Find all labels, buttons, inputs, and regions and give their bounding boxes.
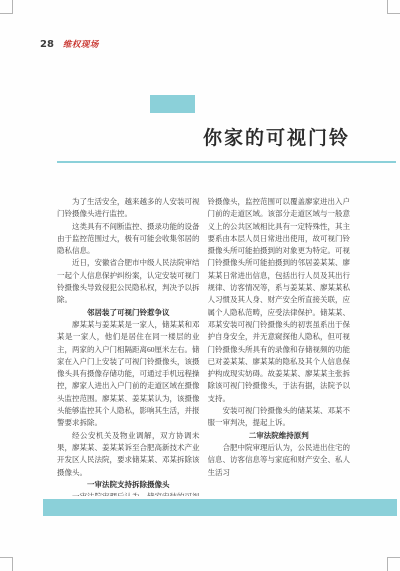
page-header: 28 维权现场	[40, 38, 99, 50]
section-heading: 邻居装了可视门铃惹争议	[57, 307, 200, 319]
scan-corner-mark	[0, 0, 13, 14]
paragraph: 铃摄像头，监控范围可以覆盖廖家进出入户门前的走道区域。该部分走道区域与一般意义上…	[208, 196, 351, 405]
teal-accent-block	[150, 95, 195, 113]
magazine-page: 28 维权现场 你家的可视门铃 为了生活安全，越来越多的人安装可视门铃摄像头进行…	[0, 0, 400, 571]
paragraph: 为了生活安全，越来越多的人安装可视门铃摄像头进行监控。	[57, 196, 200, 221]
paragraph: 合肥中院审理后认为，公民进出住宅的信息、访客信息等与家庭和财产安全、私人生活习	[208, 442, 351, 479]
headline-underline	[57, 161, 396, 163]
scan-corner-mark	[387, 0, 400, 14]
paragraph: 安装可视门铃摄像头的储某某、邓某不服一审判决，提起上诉。	[208, 405, 351, 430]
scan-corner-mark	[0, 557, 13, 571]
bottom-accent-bar	[43, 499, 397, 516]
article-title: 你家的可视门铃	[57, 126, 350, 150]
paragraph: 一审法院审理后认为，储家安装的可视门	[57, 491, 200, 496]
page-number: 28	[40, 39, 54, 50]
section-heading: 一审法院支持拆除摄像头	[57, 479, 200, 491]
right-column: 铃摄像头，监控范围可以覆盖廖家进出入户门前的走道区域。该部分走道区域与一般意义上…	[208, 196, 351, 496]
paragraph: 近日，安徽省合肥市中级人民法院审结一起个人信息保护纠纷案，认定安装可视门铃摄像头…	[57, 257, 200, 306]
scan-corner-mark	[387, 557, 400, 571]
column-name: 维权现场	[63, 38, 99, 50]
section-heading: 二审法院维持原判	[208, 430, 351, 442]
paragraph: 廖某某与姜某某是一家人，储某某和邓某是一家人，他们是居住在同一楼层的业主，两家的…	[57, 319, 200, 430]
paragraph: 这类具有不间断监控、摄录功能的设备由于监控范围过大，极有可能会收集邻居的隐私信息…	[57, 221, 200, 258]
left-column: 为了生活安全，越来越多的人安装可视门铃摄像头进行监控。这类具有不间断监控、摄录功…	[57, 196, 200, 496]
article-body: 为了生活安全，越来越多的人安装可视门铃摄像头进行监控。这类具有不间断监控、摄录功…	[57, 196, 350, 496]
paragraph: 经公安机关及物业调解，双方协调未果，廖某某、姜某某诉至合肥高新技术产业开发区人民…	[57, 430, 200, 479]
